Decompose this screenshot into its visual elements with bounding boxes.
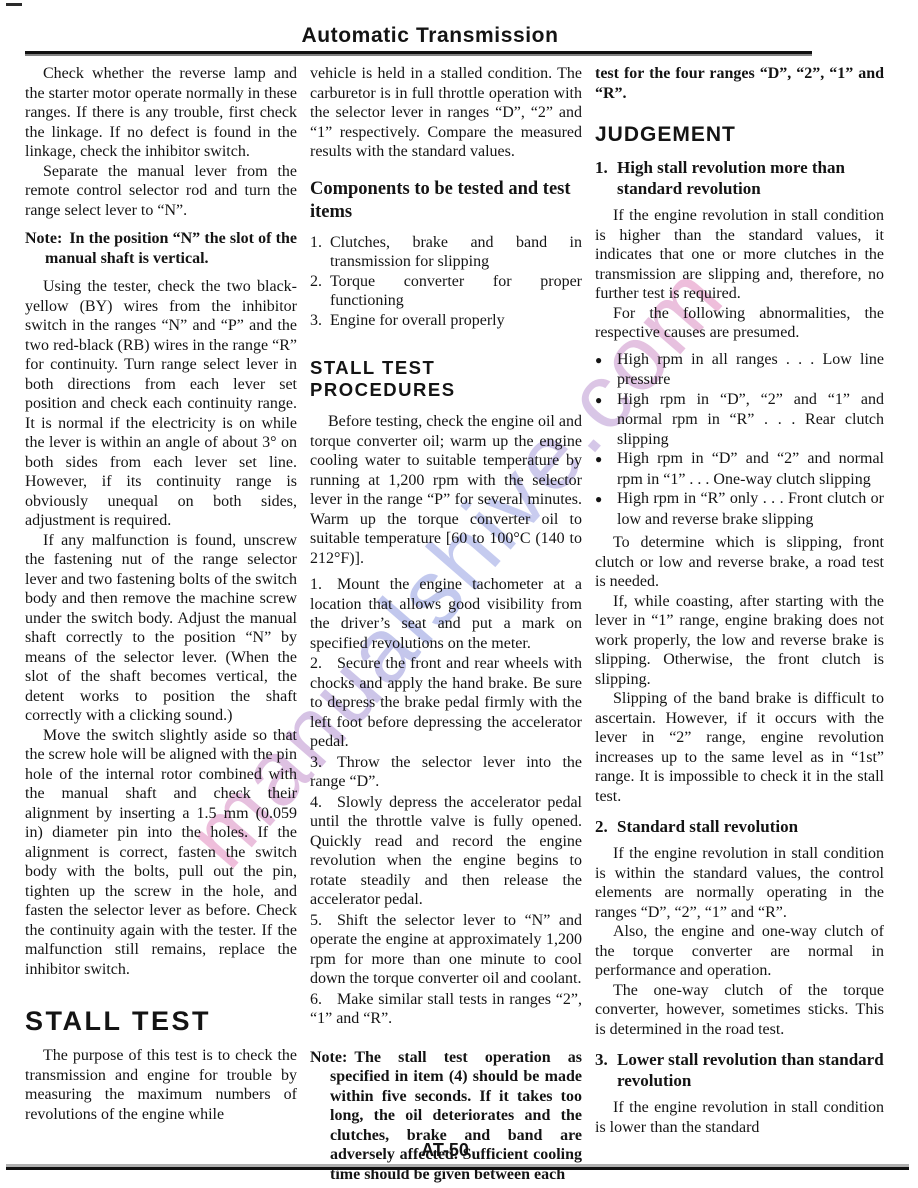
bullet-item: ●High rpm in “D” and “2” and normal rpm …	[595, 449, 884, 489]
procedure-step: 4.Slowly depress the accelerator pedal u…	[310, 793, 582, 910]
list-item: 1.Clutches, brake and band in transmissi…	[310, 233, 582, 272]
item-text: Engine for overall properly	[330, 312, 505, 329]
heading-stall-test: STALL TEST	[25, 1006, 297, 1036]
procedure-step: 5.Shift the selector lever to “N” and op…	[310, 911, 582, 989]
column-right: test for the four ranges “D”, “2”, “1” a…	[595, 64, 884, 1188]
paragraph: If the engine revolution in stall condit…	[595, 206, 884, 304]
bullet-icon: ●	[595, 450, 617, 470]
paragraph: Separate the manual lever from the remot…	[25, 162, 297, 221]
note-label: Note:	[25, 230, 62, 247]
note-continuation: test for the four ranges “D”, “2”, “1” a…	[595, 64, 884, 103]
bullet-text: High rpm in “D”, “2” and “1” and normal …	[617, 391, 884, 448]
bullet-text: High rpm in all ranges . . . Low line pr…	[617, 351, 884, 389]
heading-components: Components to be tested and test items	[310, 178, 582, 224]
item-number: 1.	[310, 233, 330, 253]
step-number: 3.	[310, 754, 322, 771]
paragraph: For the following abnormalities, the res…	[595, 304, 884, 343]
step-number: 2.	[310, 655, 322, 672]
bullet-list: ●High rpm in all ranges . . . Low line p…	[595, 350, 884, 530]
item-number: 3.	[310, 311, 330, 331]
bullet-item: ●High rpm in “R” only . . . Front clutch…	[595, 489, 884, 529]
scan-artifact	[6, 3, 22, 6]
page-title: Automatic Transmission	[0, 24, 860, 48]
paragraph: Move the switch slightly aside so that t…	[25, 726, 297, 980]
paragraph: Also, the engine and one-way clutch of t…	[595, 922, 884, 981]
step-text: Make similar stall tests in ranges “2”, …	[310, 991, 582, 1028]
note: Note:The stall test operation as specifi…	[310, 1048, 582, 1185]
paragraph: If, while coasting, after starting with …	[595, 592, 884, 690]
subhead-text: High stall revolution more than standard…	[617, 158, 845, 198]
paragraph: If the engine revolution in stall condit…	[595, 844, 884, 922]
step-number: 4.	[310, 794, 322, 811]
footer-rule	[6, 1167, 909, 1170]
paragraph: If any malfunction is found, unscrew the…	[25, 531, 297, 726]
step-text: Secure the front and rear wheels with ch…	[310, 655, 582, 750]
spacer	[310, 1029, 582, 1039]
bullet-item: ●High rpm in “D”, “2” and “1” and normal…	[595, 390, 884, 450]
heading-procedures: STALL TEST PROCEDURES	[310, 357, 582, 401]
column-left: Check whether the reverse lamp and the s…	[25, 64, 297, 1188]
paragraph: The purpose of this test is to check the…	[25, 1046, 297, 1124]
header-rule	[25, 51, 812, 54]
bullet-icon: ●	[595, 391, 617, 411]
paragraph: The one-way clutch of the torque convert…	[595, 981, 884, 1040]
bullet-text: High rpm in “D” and “2” and normal rpm i…	[617, 450, 884, 488]
step-number: 6.	[310, 991, 322, 1008]
item-text: Clutches, brake and band in transmission…	[330, 234, 582, 271]
procedure-step: 3.Throw the selector lever into the rang…	[310, 753, 582, 792]
note-label: Note:	[310, 1049, 347, 1066]
step-text: Throw the selector lever into the range …	[310, 754, 582, 791]
column-middle: vehicle is held in a stalled condition. …	[310, 64, 582, 1188]
step-text: Mount the engine tachometer at a locatio…	[310, 576, 582, 652]
procedure-step: 6.Make similar stall tests in ranges “2”…	[310, 990, 582, 1029]
paragraph: Before testing, check the engine oil and…	[310, 412, 582, 568]
subhead-text: Standard stall revolution	[617, 817, 798, 836]
spacer	[310, 568, 582, 574]
subheading: 3.Lower stall revolution than standard r…	[595, 1049, 884, 1091]
page-number: AT-50	[300, 1140, 590, 1161]
heading-judgement: JUDGEMENT	[595, 123, 884, 147]
subhead-number: 1.	[595, 157, 617, 178]
subheading: 1.High stall revolution more than standa…	[595, 157, 884, 199]
paragraph: If the engine revolution in stall condit…	[595, 1098, 884, 1137]
list-item: 3.Engine for overall properly	[310, 311, 582, 331]
step-text: Slowly depress the accelerator pedal unt…	[310, 794, 582, 909]
note: Note:In the position “N” the slot of the…	[25, 229, 297, 268]
subhead-number: 3.	[595, 1049, 617, 1070]
item-number: 2.	[310, 272, 330, 292]
bullet-icon: ●	[595, 351, 617, 371]
item-text: Torque converter for proper functioning	[330, 273, 582, 310]
note-text: The stall test operation as specified in…	[330, 1049, 582, 1183]
subhead-text: Lower stall revolution than standard rev…	[617, 1050, 884, 1090]
list-item: 2.Torque converter for proper functionin…	[310, 272, 582, 311]
paragraph: Using the tester, check the two black-ye…	[25, 277, 297, 531]
subheading: 2.Standard stall revolution	[595, 816, 884, 837]
text-columns: Check whether the reverse lamp and the s…	[25, 64, 885, 1188]
bullet-icon: ●	[595, 490, 617, 510]
procedure-step: 1.Mount the engine tachometer at a locat…	[310, 575, 582, 653]
paragraph: Check whether the reverse lamp and the s…	[25, 64, 297, 162]
paragraph: Slipping of the band brake is difficult …	[595, 689, 884, 806]
bullet-item: ●High rpm in all ranges . . . Low line p…	[595, 350, 884, 390]
bullet-text: High rpm in “R” only . . . Front clutch …	[617, 490, 884, 528]
step-number: 1.	[310, 576, 322, 593]
step-text: Shift the selector lever to “N” and oper…	[310, 912, 582, 988]
paragraph: To determine which is slipping, front cl…	[595, 533, 884, 592]
step-number: 5.	[310, 912, 322, 929]
paragraph: vehicle is held in a stalled condition. …	[310, 64, 582, 162]
subhead-number: 2.	[595, 816, 617, 837]
note-text: In the position “N” the slot of the manu…	[45, 230, 297, 267]
manual-page: Automatic Transmission manualshive.com C…	[0, 0, 918, 1188]
procedure-step: 2.Secure the front and rear wheels with …	[310, 654, 582, 752]
